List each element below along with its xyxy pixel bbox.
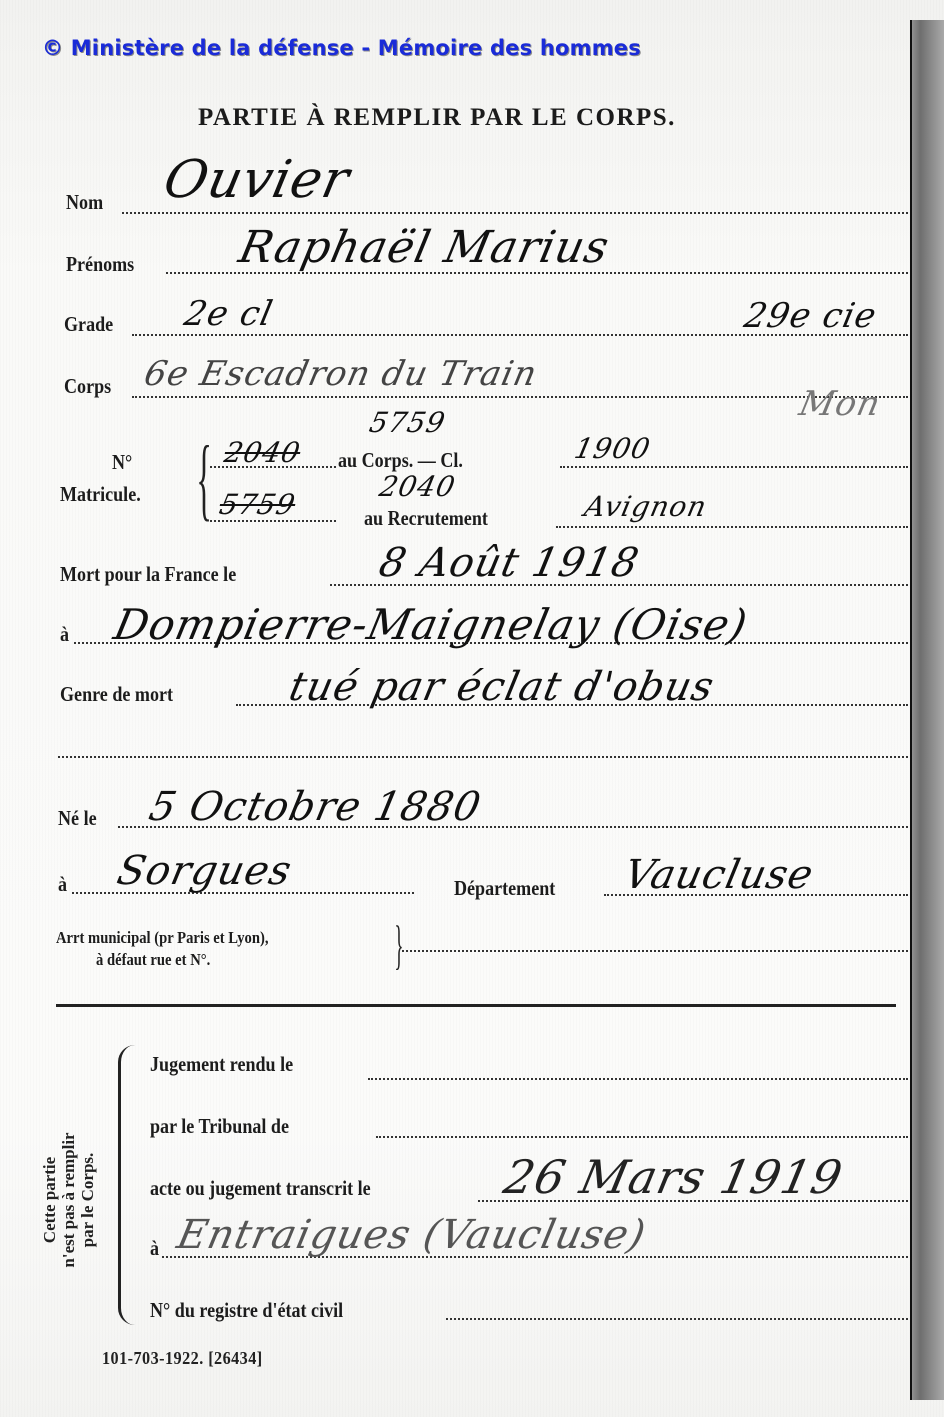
arrondissement-line [402,950,908,952]
departement-value: Vaucluse [620,852,818,898]
section-separator [56,1004,896,1007]
classe-line [560,466,908,468]
matricule-label: Matricule. [60,482,141,507]
nom-line [122,212,908,214]
au-recrutement-label: au Recrutement [364,506,488,531]
genre-mort-label: Genre de mort [60,682,173,707]
departement-label: Département [454,876,555,901]
tribunal-label: par le Tribunal de [150,1114,289,1139]
jugement-line [368,1078,908,1080]
registre-line [446,1318,908,1320]
arrondissement-label-1: Arrt municipal (pr Paris et Lyon), [56,928,269,948]
prenoms-value: Raphaël Marius [235,222,614,273]
corps-line [132,396,908,398]
form-title: PARTIE À REMPLIR PAR LE CORPS. [198,104,676,132]
corps-label: Corps [64,374,111,399]
mort-lieu-label: à [60,622,69,647]
mort-date-value: 8 Août 1918 [375,540,643,586]
matricule-recrutement-value: 2040 [376,470,458,503]
arrondissement-label-2: à défaut rue et N°. [96,950,210,970]
page-edge-shadow [910,20,944,1400]
grade-label: Grade [64,312,113,337]
matricule-label-no: N° [112,450,132,475]
corps-right-value: Mon [796,384,885,424]
mort-lieu-value: Dompierre-Maignelay (Oise) [110,600,752,649]
corps-value: 6e Escadron du Train [141,354,541,394]
tribunal-line [376,1136,908,1138]
transcrit-label: acte ou jugement transcrit le [150,1176,371,1201]
side-note: Cette partie n'est pas à remplir par le … [40,1070,97,1330]
copyright-watermark: © Ministère de la défense - Mémoire des … [42,36,641,60]
genre-mort-value: tué par éclat d'obus [285,664,718,710]
grade-value: 2e cl [181,294,277,334]
registre-label: N° du registre d'état civil [150,1298,343,1323]
jugement-label: Jugement rendu le [150,1052,293,1077]
matricule-brace: { [196,432,211,524]
nom-value: Ouvier [159,150,356,210]
transcrit-lieu-label: à [150,1236,159,1261]
page-border-line [910,20,912,1400]
transcrit-lieu-value: Entraigues (Vaucluse) [173,1212,650,1258]
ne-le-label: Né le [58,806,97,831]
ne-lieu-label: à [58,872,67,897]
matricule-corps-value: 5759 [366,406,448,439]
side-note-brace [118,1045,135,1325]
print-reference: 101-703-1922. [26434] [102,1348,263,1369]
nom-label: Nom [66,190,103,215]
classe-value: 1900 [571,432,653,465]
transcrit-value: 26 Mars 1919 [499,1150,847,1204]
ne-le-value: 5 Octobre 1880 [145,784,485,830]
recrutement-lieu-value: Avignon [581,490,710,523]
matricule-corps-struck: 2040 [221,436,303,469]
recrutement-line [556,526,908,528]
grade-company-value: 29e cie [741,296,881,336]
arrondissement-brace: } [394,918,403,972]
prenoms-label: Prénoms [66,252,134,277]
blank-line [58,756,908,758]
matricule-recrutement-struck: 5759 [216,488,298,521]
mort-date-label: Mort pour la France le [60,562,236,587]
ne-lieu-value: Sorgues [113,848,296,894]
